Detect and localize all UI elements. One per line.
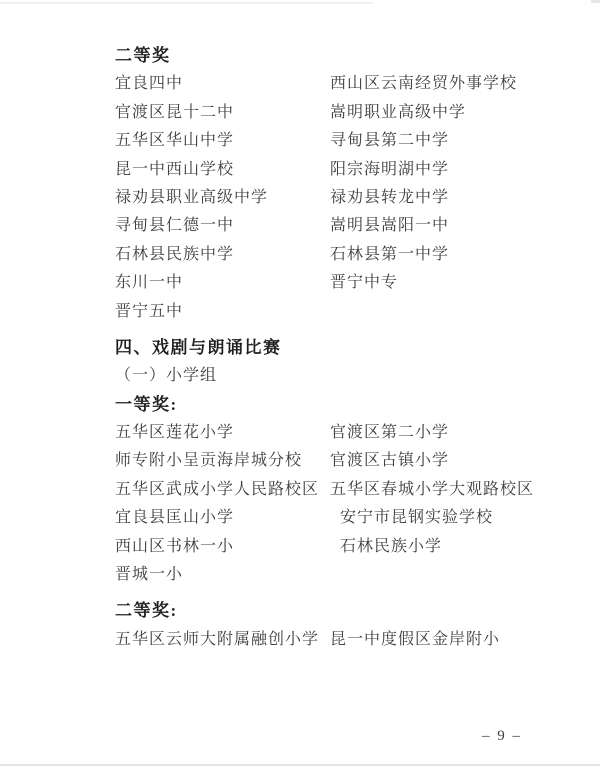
school-name: 嵩明县嵩阳一中	[330, 212, 555, 240]
award-row: 五华区云师大附属融创小学 昆一中度假区金岸附小	[115, 626, 555, 654]
school-name	[330, 298, 555, 326]
school-name: 阳宗海明湖中学	[330, 156, 555, 184]
page-number: – 9 –	[482, 722, 522, 750]
school-name: 五华区云师大附属融创小学	[115, 626, 330, 654]
school-name: 宜良县匡山小学	[115, 504, 330, 532]
school-name: 禄劝县职业高级中学	[115, 184, 330, 212]
award-row: 禄劝县职业高级中学 禄劝县转龙中学	[115, 184, 555, 212]
spacer	[115, 589, 555, 597]
award-row: 五华区武成小学人民路校区 五华区春城小学大观路校区	[115, 476, 555, 504]
school-name: 昆一中西山学校	[115, 156, 330, 184]
school-name: 寻甸县第二中学	[330, 127, 555, 155]
award-row: 晋宁五中	[115, 298, 555, 326]
school-name: 晋宁中专	[330, 269, 555, 297]
school-name: 昆一中度假区金岸附小	[330, 626, 555, 654]
school-name: 寻甸县仁德一中	[115, 212, 330, 240]
school-name: 五华区武成小学人民路校区	[115, 476, 330, 504]
award-row: 宜良县匡山小学 安宁市昆钢实验学校	[115, 504, 555, 532]
school-name: 嵩明职业高级中学	[330, 99, 555, 127]
award-row: 昆一中西山学校 阳宗海明湖中学	[115, 156, 555, 184]
award-row: 东川一中 晋宁中专	[115, 269, 555, 297]
school-name: 安宁市昆钢实验学校	[330, 504, 555, 532]
school-name: 官渡区古镇小学	[330, 447, 555, 475]
school-name: 五华区春城小学大观路校区	[330, 476, 555, 504]
school-name: 禄劝县转龙中学	[330, 184, 555, 212]
scan-edge-bottom	[0, 764, 600, 766]
award-row: 五华区莲花小学 官渡区第二小学	[115, 419, 555, 447]
school-name: 石林县民族中学	[115, 241, 330, 269]
first-prize-heading: 一等奖:	[115, 391, 555, 419]
award-row: 寻甸县仁德一中 嵩明县嵩阳一中	[115, 212, 555, 240]
school-name: 晋城一小	[115, 561, 330, 589]
school-name: 东川一中	[115, 269, 330, 297]
school-name: 官渡区昆十二中	[115, 99, 330, 127]
school-name	[330, 561, 555, 589]
spacer	[115, 326, 555, 334]
award-row: 晋城一小	[115, 561, 555, 589]
award-row: 石林县民族中学 石林县第一中学	[115, 241, 555, 269]
scan-edge-top-right	[591, 0, 600, 3]
document-page: 二等奖 宜良四中 西山区云南经贸外事学校 官渡区昆十二中 嵩明职业高级中学 五华…	[0, 0, 600, 768]
award-row: 宜良四中 西山区云南经贸外事学校	[115, 70, 555, 98]
school-name: 师专附小呈贡海岸城分校	[115, 447, 330, 475]
school-name: 西山区书林一小	[115, 533, 330, 561]
award-row: 师专附小呈贡海岸城分校 官渡区古镇小学	[115, 447, 555, 475]
second-prize-heading: 二等奖	[115, 42, 555, 70]
school-name: 晋宁五中	[115, 298, 330, 326]
second-prize-elementary-heading: 二等奖:	[115, 597, 555, 625]
school-name: 石林县第一中学	[330, 241, 555, 269]
scan-edge-top	[0, 2, 373, 4]
award-row: 官渡区昆十二中 嵩明职业高级中学	[115, 99, 555, 127]
school-name: 五华区华山中学	[115, 127, 330, 155]
award-row: 西山区书林一小 石林民族小学	[115, 533, 555, 561]
school-name: 西山区云南经贸外事学校	[330, 70, 555, 98]
school-name: 五华区莲花小学	[115, 419, 330, 447]
section4-heading: 四、戏剧与朗诵比赛	[115, 334, 555, 362]
document-content: 二等奖 宜良四中 西山区云南经贸外事学校 官渡区昆十二中 嵩明职业高级中学 五华…	[115, 42, 555, 654]
school-name: 石林民族小学	[330, 533, 555, 561]
school-name: 宜良四中	[115, 70, 330, 98]
award-row: 五华区华山中学 寻甸县第二中学	[115, 127, 555, 155]
subgroup-label: （一）小学组	[115, 362, 555, 390]
school-name: 官渡区第二小学	[330, 419, 555, 447]
